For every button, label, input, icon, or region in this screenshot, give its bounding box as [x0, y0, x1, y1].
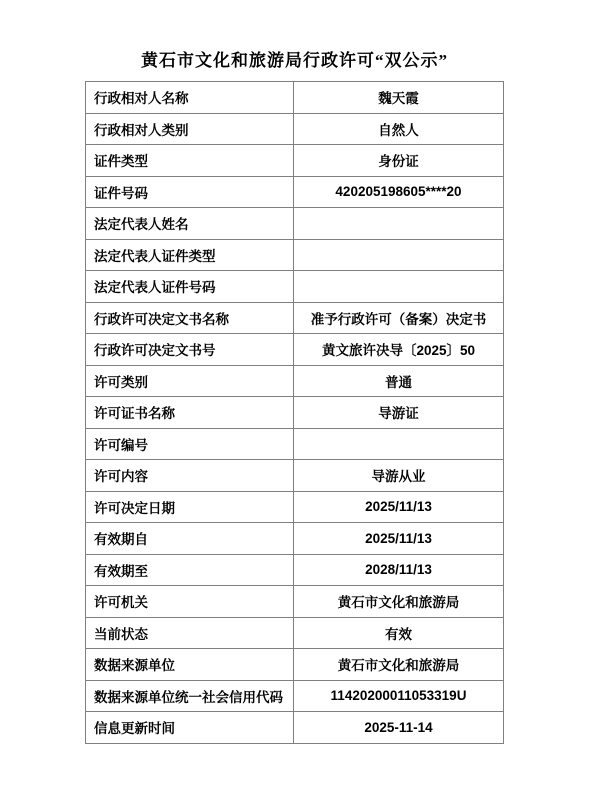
table-row: 有效期自 2025/11/13 [86, 523, 504, 555]
field-label: 许可编号 [86, 428, 294, 460]
table-row: 许可内容 导游从业 [86, 460, 504, 492]
table-row: 法定代表人证件号码 [86, 271, 504, 303]
field-value: 420205198605****20 [294, 176, 504, 208]
field-value [294, 271, 504, 303]
field-value: 2025/11/13 [294, 523, 504, 555]
field-value: 身份证 [294, 145, 504, 177]
table-row: 证件类型 身份证 [86, 145, 504, 177]
table-row: 证件号码 420205198605****20 [86, 176, 504, 208]
table-row: 许可类别 普通 [86, 365, 504, 397]
table-row: 行政许可决定文书名称 准予行政许可（备案）决定书 [86, 302, 504, 334]
field-value: 自然人 [294, 113, 504, 145]
field-label: 行政相对人类别 [86, 113, 294, 145]
field-label: 法定代表人证件类型 [86, 239, 294, 271]
page-title: 黄石市文化和旅游局行政许可“双公示” [0, 46, 589, 71]
license-info-table: 行政相对人名称 魏天霞 行政相对人类别 自然人 证件类型 身份证 证件号码 42… [85, 81, 504, 744]
field-label: 许可内容 [86, 460, 294, 492]
table-row: 许可编号 [86, 428, 504, 460]
field-label: 行政相对人名称 [86, 82, 294, 114]
field-label: 数据来源单位 [86, 649, 294, 681]
field-value: 魏天霞 [294, 82, 504, 114]
field-value: 普通 [294, 365, 504, 397]
field-value: 导游从业 [294, 460, 504, 492]
field-label: 法定代表人证件号码 [86, 271, 294, 303]
table-row: 许可机关 黄石市文化和旅游局 [86, 586, 504, 618]
table-row: 信息更新时间 2025-11-14 [86, 712, 504, 744]
table-row: 行政相对人名称 魏天霞 [86, 82, 504, 114]
table-row: 法定代表人证件类型 [86, 239, 504, 271]
field-label: 许可证书名称 [86, 397, 294, 429]
field-label: 行政许可决定文书号 [86, 334, 294, 366]
field-value [294, 428, 504, 460]
field-label: 有效期至 [86, 554, 294, 586]
table-row: 许可决定日期 2025/11/13 [86, 491, 504, 523]
field-value: 导游证 [294, 397, 504, 429]
field-value: 11420200011053319U [294, 680, 504, 712]
table-row: 当前状态 有效 [86, 617, 504, 649]
field-label: 证件类型 [86, 145, 294, 177]
field-label: 法定代表人姓名 [86, 208, 294, 240]
table-row: 法定代表人姓名 [86, 208, 504, 240]
field-label: 许可机关 [86, 586, 294, 618]
field-label: 行政许可决定文书名称 [86, 302, 294, 334]
table-row: 有效期至 2028/11/13 [86, 554, 504, 586]
field-value: 黄石市文化和旅游局 [294, 649, 504, 681]
field-label: 许可类别 [86, 365, 294, 397]
field-value: 黄文旅许决导〔2025〕50 [294, 334, 504, 366]
field-value: 有效 [294, 617, 504, 649]
field-value [294, 239, 504, 271]
field-label: 许可决定日期 [86, 491, 294, 523]
table-row: 行政许可决定文书号 黄文旅许决导〔2025〕50 [86, 334, 504, 366]
field-label: 当前状态 [86, 617, 294, 649]
field-label: 证件号码 [86, 176, 294, 208]
field-value: 2025-11-14 [294, 712, 504, 744]
field-value: 2025/11/13 [294, 491, 504, 523]
table-row: 数据来源单位 黄石市文化和旅游局 [86, 649, 504, 681]
table-row: 数据来源单位统一社会信用代码 11420200011053319U [86, 680, 504, 712]
field-label: 信息更新时间 [86, 712, 294, 744]
field-label: 有效期自 [86, 523, 294, 555]
field-value: 准予行政许可（备案）决定书 [294, 302, 504, 334]
field-value: 黄石市文化和旅游局 [294, 586, 504, 618]
field-value: 2028/11/13 [294, 554, 504, 586]
field-label: 数据来源单位统一社会信用代码 [86, 680, 294, 712]
table-row: 行政相对人类别 自然人 [86, 113, 504, 145]
field-value [294, 208, 504, 240]
license-info-table-body: 行政相对人名称 魏天霞 行政相对人类别 自然人 证件类型 身份证 证件号码 42… [86, 82, 504, 744]
table-row: 许可证书名称 导游证 [86, 397, 504, 429]
